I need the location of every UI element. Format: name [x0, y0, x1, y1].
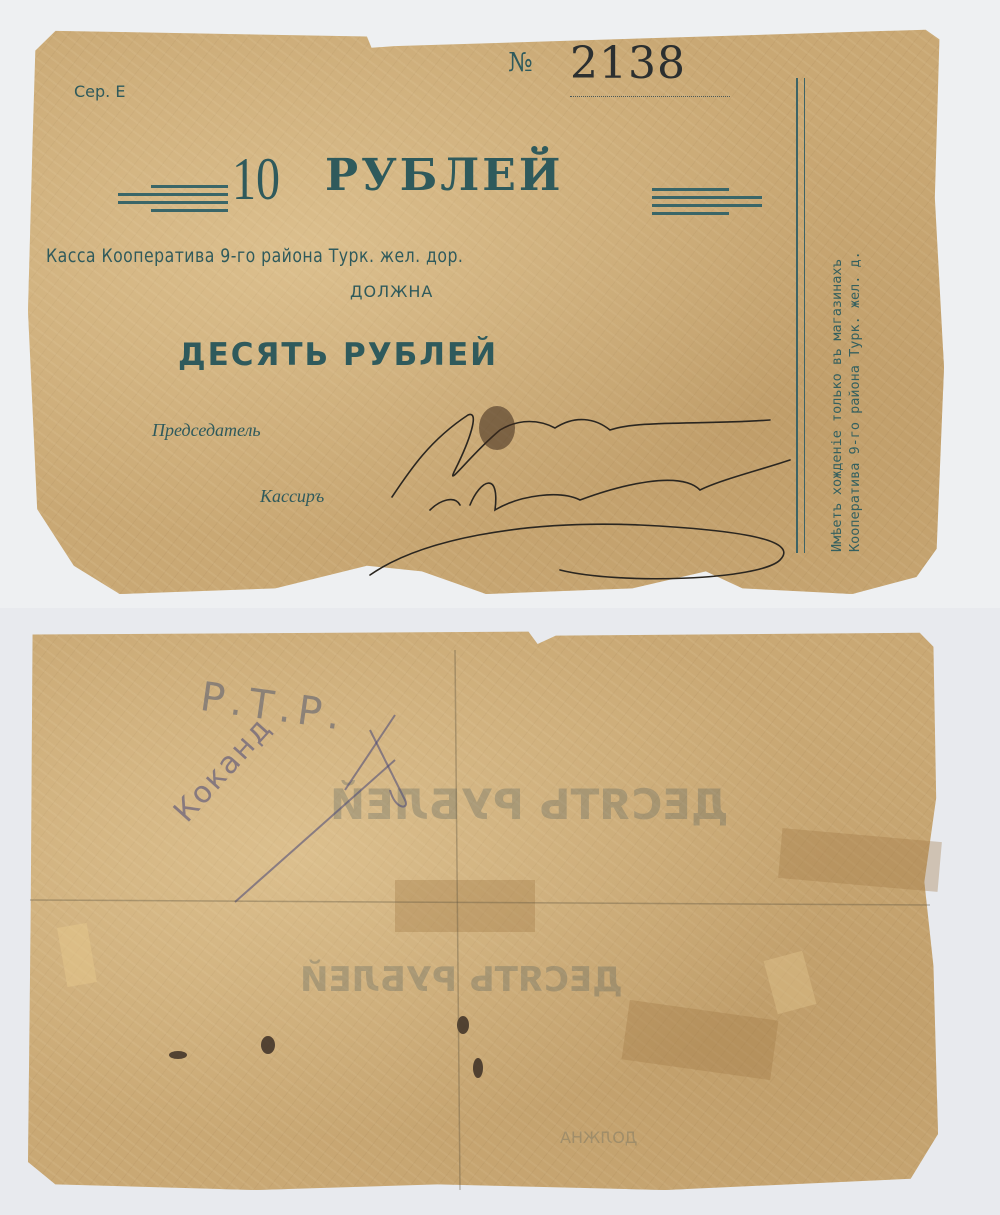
stamp-lines-and-stains — [0, 0, 1000, 1215]
